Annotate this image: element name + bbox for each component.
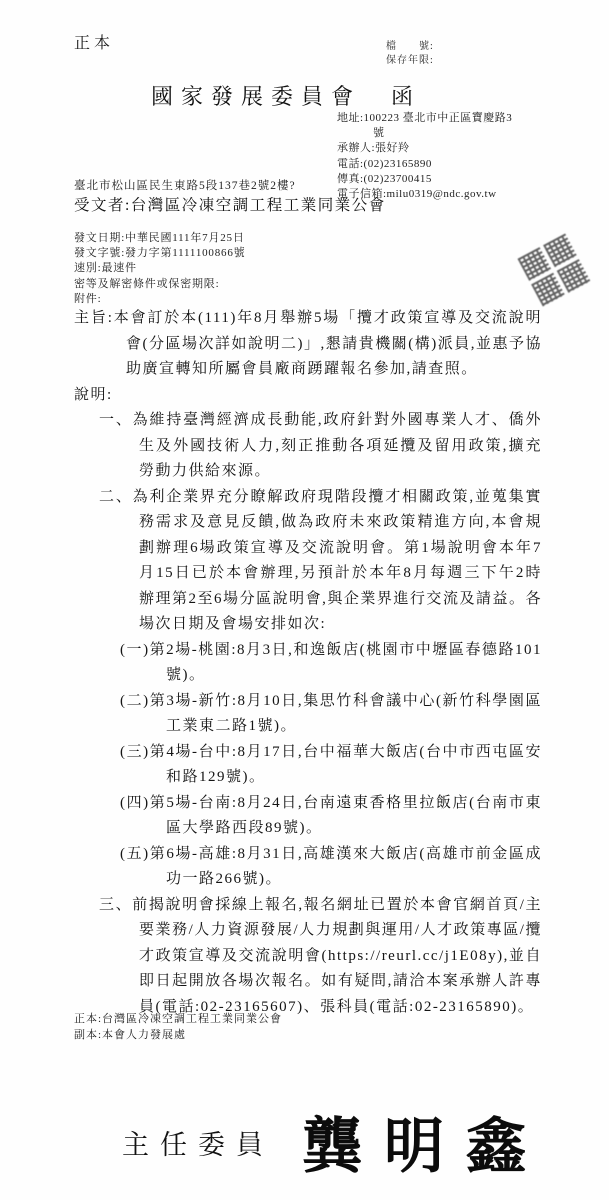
subitem-number: (二) [120, 693, 150, 709]
sender-phone: 電話:(02)23165890 [337, 157, 512, 172]
subject-label: 主旨: [74, 310, 113, 326]
subitem-text: 第4場-台中:8月17日,台中福華大飯店(台中市西屯區安和路129號)。 [150, 744, 542, 786]
explanation-item-3: 三、前揭說明會採線上報名,報名網址已置於本會官網首頁/主要業務/人力資源發展/人… [99, 893, 542, 1021]
subitem-text: 第6場-高雄:8月31日,高雄漢來大飯店(高雄市前金區成功一路266號)。 [150, 846, 542, 888]
signer-title: 主任委員 [122, 1123, 274, 1162]
issue-number: 發文字號:發力字第1111100866號 [74, 246, 245, 261]
explanation-item-2: 二、為利企業界充分瞭解政府現階段攬才相關政策,並蒐集實務需求及意見反饋,做為政府… [99, 485, 542, 638]
session-item-2: (二)第3場-新竹:8月10日,集思竹科會議中心(新竹科學園區工業東二路1號)。 [120, 689, 542, 740]
sender-contact: 承辦人:張好羚 [337, 141, 512, 156]
item-text: 前揭說明會採線上報名,報名網址已置於本會官網首頁/主要業務/人力資源發展/人力規… [132, 897, 542, 1015]
subject-paragraph: 主旨:本會訂於本(111)年8月舉辦5場「攬才政策宣導及交流說明會(分區場次詳如… [74, 306, 542, 383]
signer-name-stamp: 龔明鑫 [302, 1099, 548, 1185]
item-number: 一、 [99, 412, 133, 428]
explanation-label: 說明: [74, 383, 542, 409]
issue-date: 發文日期:中華民國111年7月25日 [74, 231, 245, 246]
copy-recipient: 副本:本會人力發展處 [74, 1028, 282, 1044]
subject-text: 本會訂於本(111)年8月舉辦5場「攬才政策宣導及交流說明會(分區場次詳如說明二… [113, 310, 542, 377]
sender-address-line2: 號 [337, 126, 512, 141]
sender-info-block: 地址:100223 臺北市中正區寶慶路3 號 承辦人:張好羚 電話:(02)23… [337, 111, 512, 202]
official-seal-stamp [513, 229, 594, 310]
security-classification: 密等及解密條件或保密期限: [74, 277, 245, 292]
item-text: 為利企業界充分瞭解政府現階段攬才相關政策,並蒐集實務需求及意見反饋,做為政府未來… [133, 489, 542, 633]
session-item-3: (三)第4場-台中:8月17日,台中福華大飯店(台中市西屯區安和路129號)。 [120, 740, 542, 791]
document-meta-block: 發文日期:中華民國111年7月25日 發文字號:發力字第1111100866號 … [74, 231, 245, 307]
sender-address-line1: 地址:100223 臺北市中正區寶慶路3 [337, 111, 512, 126]
original-recipient: 正本:台灣區冷凍空調工程工業同業公會 [74, 1012, 282, 1028]
file-number-block: 檔 號: 保存年限: [386, 40, 434, 68]
copy-type-label: 正本 [74, 30, 114, 53]
item-text: 為維持臺灣經濟成長動能,政府針對外國專業人才、僑外生及外國技術人力,刻正推動各項… [133, 412, 542, 479]
retention-period-label: 保存年限: [386, 54, 434, 68]
subitem-text: 第3場-新竹:8月10日,集思竹科會議中心(新竹科學園區工業東二路1號)。 [150, 693, 542, 735]
subitem-text: 第2場-桃園:8月3日,和逸飯店(桃園市中壢區春德路101號)。 [150, 642, 542, 684]
file-number-label: 檔 號: [386, 40, 434, 54]
recipient-line: 受文者:台灣區冷凍空調工程工業同業公會 [74, 193, 386, 215]
official-letter-page: 正本 檔 號: 保存年限: 國家發展委員會 函 地址:100223 臺北市中正區… [0, 0, 609, 1200]
session-item-4: (四)第5場-台南:8月24日,台南遠東香格里拉飯店(台南市東區大學路西段89號… [120, 791, 542, 842]
letter-body: 主旨:本會訂於本(111)年8月舉辦5場「攬才政策宣導及交流說明會(分區場次詳如… [74, 306, 542, 1020]
recipient-street-address: 臺北市松山區民生東路5段137巷2號2樓? [74, 177, 296, 193]
session-item-5: (五)第6場-高雄:8月31日,高雄漢來大飯店(高雄市前金區成功一路266號)。 [120, 842, 542, 893]
priority-level: 速別:最速件 [74, 261, 245, 276]
session-item-1: (一)第2場-桃園:8月3日,和逸飯店(桃園市中壢區春德路101號)。 [120, 638, 542, 689]
subitem-text: 第5場-台南:8月24日,台南遠東香格里拉飯店(台南市東區大學路西段89號)。 [150, 795, 542, 837]
item-number: 二、 [99, 489, 133, 505]
attachment-label: 附件: [74, 292, 245, 307]
subitem-number: (一) [120, 642, 150, 658]
subitem-number: (四) [120, 795, 150, 811]
signature-block: 主任委員 龔明鑫 [0, 1092, 609, 1192]
explanation-item-1: 一、為維持臺灣經濟成長動能,政府針對外國專業人才、僑外生及外國技術人力,刻正推動… [99, 408, 542, 485]
sender-fax: 傳真:(02)23700415 [337, 172, 512, 187]
subitem-number: (三) [120, 744, 150, 760]
document-title: 國家發展委員會 函 [0, 80, 572, 111]
item-number: 三、 [99, 897, 132, 913]
distribution-block: 正本:台灣區冷凍空調工程工業同業公會 副本:本會人力發展處 [74, 1012, 282, 1043]
subitem-number: (五) [120, 846, 150, 862]
